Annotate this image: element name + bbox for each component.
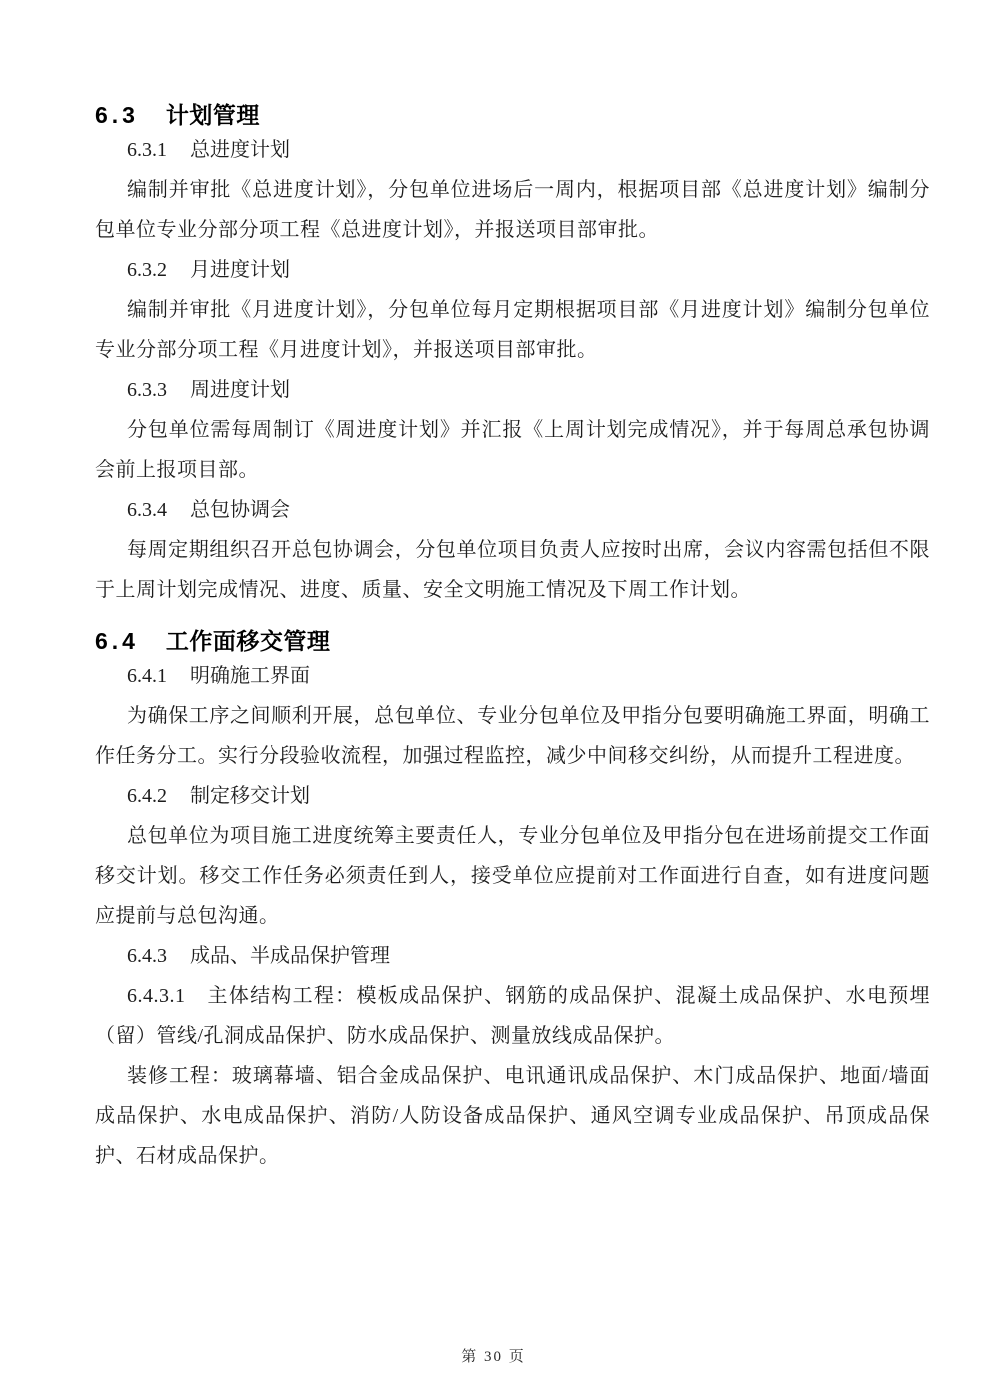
subsection-number: 6.3.4 [127, 499, 167, 521]
subsection-title: 明确施工界面 [190, 665, 310, 687]
subsection-heading-6-3-4: 6.3.4 总包协调会 [95, 490, 930, 530]
section-title: 工作面移交管理 [166, 628, 331, 654]
section-number: 6.4 [95, 628, 139, 654]
paragraph-decoration-works: 装修工程：玻璃幕墙、铝合金成品保护、电讯通讯成品保护、木门成品保护、地面/墙面成… [95, 1056, 930, 1176]
paragraph: 总包单位为项目施工进度统筹主要责任人，专业分包单位及甲指分包在进场前提交工作面移… [95, 816, 930, 936]
subsection-number: 6.3.1 [127, 139, 167, 161]
subsection-number: 6.3.3 [127, 379, 167, 401]
subsection-heading-6-3-3: 6.3.3 周进度计划 [95, 370, 930, 410]
section-number: 6.3 [95, 102, 139, 128]
paragraph-structural-works: 6.4.3.1 主体结构工程：模板成品保护、钢筋的成品保护、混凝土成品保护、水电… [95, 976, 930, 1056]
paragraph: 编制并审批《月进度计划》，分包单位每月定期根据项目部《月进度计划》编制分包单位专… [95, 290, 930, 370]
subsection-number: 6.4.3 [127, 945, 167, 967]
subsection-title: 成品、半成品保护管理 [190, 945, 390, 967]
subsection-title: 月进度计划 [190, 259, 290, 281]
paragraph: 为确保工序之间顺利开展，总包单位、专业分包单位及甲指分包要明确施工界面，明确工作… [95, 696, 930, 776]
subsection-title: 总进度计划 [190, 139, 290, 161]
subsection-title: 总包协调会 [190, 499, 290, 521]
subsection-number: 6.4.2 [127, 785, 167, 807]
section-heading-6-3: 6.3 计划管理 [95, 100, 930, 130]
subsection-heading-6-4-2: 6.4.2 制定移交计划 [95, 776, 930, 816]
subsection-title: 周进度计划 [190, 379, 290, 401]
subsection-heading-6-4-3: 6.4.3 成品、半成品保护管理 [95, 936, 930, 976]
subsection-number: 6.3.2 [127, 259, 167, 281]
subsection-title: 制定移交计划 [190, 785, 310, 807]
section-heading-6-4: 6.4 工作面移交管理 [95, 626, 930, 656]
paragraph: 分包单位需每周制订《周进度计划》并汇报《上周计划完成情况》，并于每周总承包协调会… [95, 410, 930, 490]
subsection-number: 6.4.1 [127, 665, 167, 687]
paragraph: 编制并审批《总进度计划》，分包单位进场后一周内，根据项目部《总进度计划》编制分包… [95, 170, 930, 250]
subsection-heading-6-4-1: 6.4.1 明确施工界面 [95, 656, 930, 696]
subsection-heading-6-3-2: 6.3.2 月进度计划 [95, 250, 930, 290]
paragraph: 每周定期组织召开总包协调会，分包单位项目负责人应按时出席，会议内容需包括但不限于… [95, 530, 930, 610]
page-content: 6.3 计划管理 6.3.1 总进度计划 编制并审批《总进度计划》，分包单位进场… [0, 0, 987, 1176]
page-footer: 第 30 页 [0, 1345, 987, 1366]
page-number: 第 30 页 [461, 1349, 526, 1365]
subsection-heading-6-3-1: 6.3.1 总进度计划 [95, 130, 930, 170]
document-page: 6.3 计划管理 6.3.1 总进度计划 编制并审批《总进度计划》，分包单位进场… [0, 0, 987, 1398]
section-title: 计划管理 [166, 102, 260, 128]
